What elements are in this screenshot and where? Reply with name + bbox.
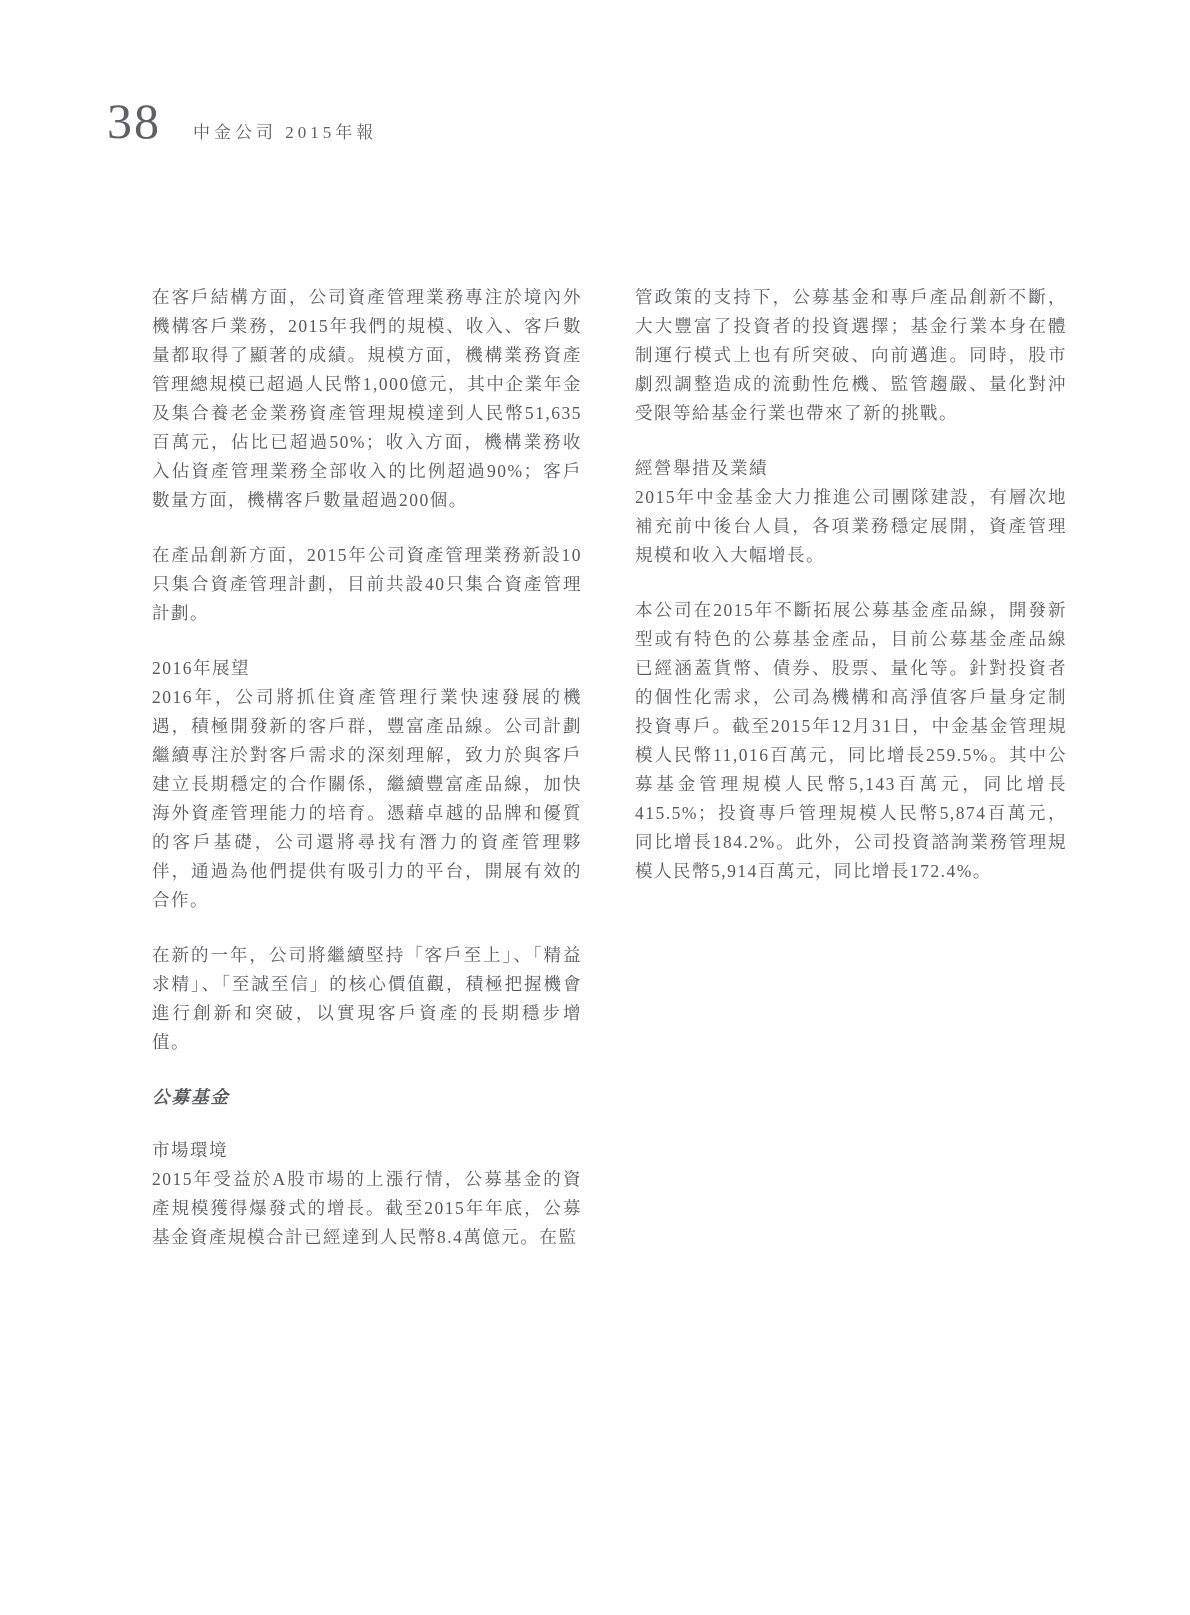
page-number: 38 [107, 96, 161, 146]
right-text-column: 管政策的支持下，公募基金和專戶產品創新不斷，大大豐富了投資者的投資選擇；基金行業… [635, 283, 1067, 912]
annual-report-page: 38 中金公司 2015年報 在客戶結構方面，公司資產管理業務專注於境內外機構客… [0, 0, 1190, 1615]
paragraph-market-environment: 2015年受益於A股市場的上漲行情，公募基金的資產規模獲得爆發式的增長。截至20… [152, 1165, 582, 1252]
subheading-operations-results: 經營舉措及業績 [635, 454, 1067, 483]
subheading-2016-outlook: 2016年展望 [152, 654, 582, 683]
paragraph-fund-scale-figures: 本公司在2015年不斷拓展公募基金產品線，開發新型或有特色的公募基金產品，目前公… [635, 596, 1067, 886]
paragraph-team-building: 2015年中金基金大力推進公司團隊建設，有層次地補充前中後台人員，各項業務穩定展… [635, 483, 1067, 570]
left-text-column: 在客戶結構方面，公司資產管理業務專注於境內外機構客戶業務，2015年我們的規模、… [152, 283, 582, 1278]
section-heading-public-funds: 公募基金 [152, 1083, 582, 1112]
paragraph-2016-plans: 2016年，公司將抓住資產管理行業快速發展的機遇，積極開發新的客戶群，豐富產品線… [152, 683, 582, 915]
paragraph-product-innovation: 在產品創新方面，2015年公司資產管理業務新設10只集合資產管理計劃，目前共設4… [152, 541, 582, 628]
paragraph-market-environment-continued: 管政策的支持下，公募基金和專戶產品創新不斷，大大豐富了投資者的投資選擇；基金行業… [635, 283, 1067, 428]
paragraph-client-structure: 在客戶結構方面，公司資產管理業務專注於境內外機構客戶業務，2015年我們的規模、… [152, 283, 582, 515]
report-title: 中金公司 2015年報 [193, 118, 377, 143]
paragraph-core-values: 在新的一年，公司將繼續堅持「客戶至上」、「精益求精」、「至誠至信」的核心價值觀，… [152, 941, 582, 1057]
page-header: 38 中金公司 2015年報 [107, 96, 377, 146]
subheading-market-environment: 市場環境 [152, 1136, 582, 1165]
